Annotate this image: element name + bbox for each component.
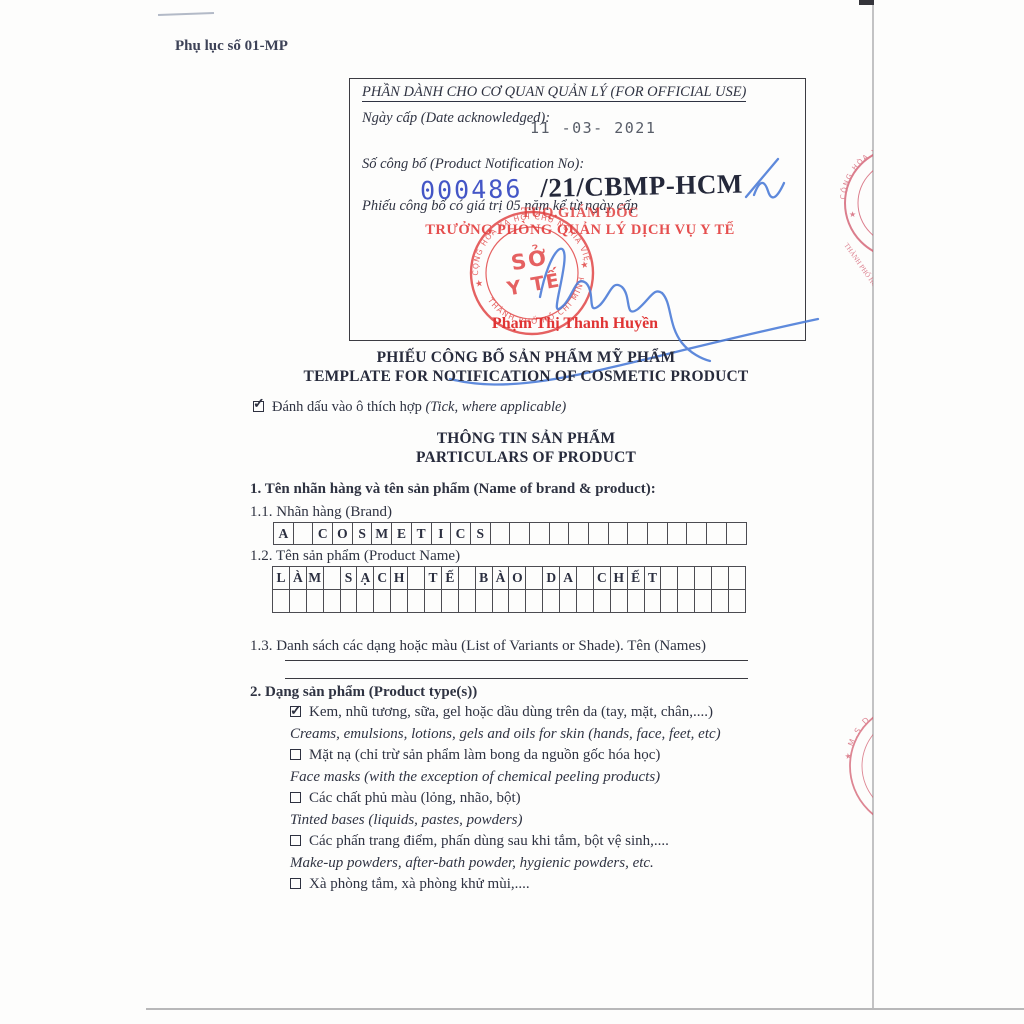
scanned-document-page: Phụ lục số 01-MP PHẦN DÀNH CHO CƠ QUAN Q…	[0, 0, 1024, 1024]
product-type-option: Mặt nạ (chỉ trừ sản phẩm làm bong da ngu…	[290, 745, 770, 767]
grid-cell	[492, 589, 510, 613]
variants-fill-line-2	[285, 678, 748, 679]
grid-cell	[711, 589, 729, 613]
grid-cell	[608, 522, 629, 545]
grid-cell	[576, 566, 594, 590]
grid-row: LÀMSẠCHTẾBÀODACHẾT	[273, 566, 746, 590]
grid-cell	[660, 566, 678, 590]
edge-stamp-top-right: CỘNG HÒA XÃ HỘI CHỦ NGHĨA VIỆT NAM ★ THÀ…	[822, 95, 873, 320]
grid-cell: À	[492, 566, 510, 590]
product-name-grid: LÀMSẠCHTẾBÀODACHẾT	[273, 566, 746, 613]
product-type-label-vi: Kem, nhũ tương, sữa, gel hoặc dầu dùng t…	[309, 704, 713, 720]
section-2-heading: 2. Dạng sản phẩm (Product type(s))	[250, 684, 477, 701]
product-type-option: Các chất phủ màu (lỏng, nhão, bột)	[290, 788, 770, 810]
edge-stamp-a-star: ★	[849, 210, 856, 219]
stamp-star-left: ★	[474, 278, 484, 289]
grid-cell: T	[424, 566, 442, 590]
grid-cell	[694, 589, 712, 613]
grid-cell: A	[559, 566, 577, 590]
grid-cell	[726, 522, 747, 545]
grid-cell: C	[373, 566, 391, 590]
grid-cell	[508, 589, 526, 613]
grid-cell	[549, 522, 570, 545]
grid-cell	[458, 589, 476, 613]
product-type-label-vi: Các chất phủ màu (lỏng, nhão, bột)	[309, 790, 521, 806]
product-type-label-vi: Các phấn trang điểm, phấn dùng sau khi t…	[309, 833, 669, 849]
grid-cell	[711, 566, 729, 590]
product-type-label-en: Creams, emulsions, lotions, gels and oil…	[290, 724, 770, 746]
product-info-title-en: PARTICULARS OF PRODUCT	[250, 449, 802, 467]
grid-cell	[407, 566, 425, 590]
grid-cell: H	[390, 566, 408, 590]
grid-cell: À	[289, 566, 307, 590]
grid-cell	[458, 566, 476, 590]
svg-text:CỘNG HÒA XÃ HỘI CHỦ NGHĨA VIỆT: CỘNG HÒA XÃ HỘI CHỦ NGHĨA VIỆT NAM	[822, 95, 873, 205]
product-type-label-vi: Mặt nạ (chỉ trừ sản phẩm làm bong da ngu…	[309, 747, 660, 763]
grid-cell	[706, 522, 727, 545]
scan-pen-dash	[158, 12, 214, 16]
grid-row: ACOSMETICS	[273, 522, 747, 545]
grid-cell: E	[391, 522, 412, 545]
grid-cell	[660, 589, 678, 613]
signature-tick	[746, 159, 778, 197]
official-use-box: PHẦN DÀNH CHO CƠ QUAN QUẢN LÝ (FOR OFFIC…	[349, 78, 806, 341]
grid-cell	[627, 522, 648, 545]
grid-cell: T	[644, 566, 662, 590]
product-type-label-en: Face masks (with the exception of chemic…	[290, 767, 770, 789]
page-edge-bottom-line	[146, 1008, 1024, 1010]
grid-cell	[677, 566, 695, 590]
form-title-vi: PHIẾU CÔNG BỐ SẢN PHẨM MỸ PHẨM	[250, 349, 802, 367]
section-1-2-heading: 1.2. Tên sản phẩm (Product Name)	[250, 548, 460, 565]
appendix-label: Phụ lục số 01-MP	[175, 38, 288, 55]
grid-cell	[667, 522, 688, 545]
grid-cell	[306, 589, 324, 613]
svg-text:★ M.S.D: ★ M.S.D	[843, 714, 872, 760]
grid-cell: S	[352, 522, 373, 545]
grid-cell	[686, 522, 707, 545]
checked-checkbox-icon	[290, 706, 301, 717]
grid-cell	[627, 589, 645, 613]
grid-cell	[525, 566, 543, 590]
grid-cell: B	[475, 566, 493, 590]
unchecked-checkbox-icon	[290, 792, 301, 803]
tick-instruction: Đánh dấu vào ô thích hợp (Tick, where ap…	[253, 399, 566, 416]
grid-cell	[424, 589, 442, 613]
grid-cell: C	[593, 566, 611, 590]
grid-cell	[677, 589, 695, 613]
grid-cell	[356, 589, 374, 613]
product-type-label-en: Tinted bases (liquids, pastes, powders)	[290, 810, 770, 832]
grid-cell: S	[340, 566, 358, 590]
grid-cell	[610, 589, 628, 613]
grid-cell	[576, 589, 594, 613]
product-type-option: Kem, nhũ tương, sữa, gel hoặc dầu dùng t…	[290, 702, 770, 724]
grid-cell	[593, 589, 611, 613]
grid-row	[273, 589, 746, 613]
grid-cell	[529, 522, 550, 545]
product-type-list: Kem, nhũ tương, sữa, gel hoặc dầu dùng t…	[290, 702, 770, 896]
grid-cell	[272, 589, 290, 613]
grid-cell: C	[312, 522, 333, 545]
grid-cell	[525, 589, 543, 613]
grid-cell	[559, 589, 577, 613]
grid-cell: Ế	[627, 566, 645, 590]
grid-cell	[340, 589, 358, 613]
grid-cell: A	[273, 522, 294, 545]
section-1-3-heading: 1.3. Danh sách các dạng hoặc màu (List o…	[250, 638, 706, 655]
notification-number-label: Số công bố (Product Notification No):	[362, 156, 584, 173]
grid-cell	[293, 522, 314, 545]
date-stamp: 11 -03- 2021	[530, 119, 656, 137]
date-acknowledged-label: Ngày cấp (Date acknowledged):	[362, 110, 550, 127]
section-1-1-heading: 1.1. Nhãn hàng (Brand)	[250, 504, 392, 521]
form-title-en: TEMPLATE FOR NOTIFICATION OF COSMETIC PR…	[250, 368, 802, 386]
grid-cell	[475, 589, 493, 613]
grid-cell	[644, 589, 662, 613]
grid-cell	[373, 589, 391, 613]
grid-cell: T	[411, 522, 432, 545]
section-1-heading: 1. Tên nhãn hàng và tên sản phẩm (Name o…	[250, 481, 656, 498]
unchecked-checkbox-icon	[290, 749, 301, 760]
grid-cell	[407, 589, 425, 613]
grid-cell	[323, 566, 341, 590]
grid-cell	[490, 522, 511, 545]
grid-cell: O	[508, 566, 526, 590]
official-use-title: PHẦN DÀNH CHO CƠ QUAN QUẢN LÝ (FOR OFFIC…	[362, 84, 746, 101]
grid-cell: L	[272, 566, 290, 590]
grid-cell: I	[431, 522, 452, 545]
edge-stamp-bottom-right: ★ M.S.D	[827, 688, 873, 848]
grid-cell	[647, 522, 668, 545]
checked-checkbox-icon	[253, 401, 264, 412]
grid-cell: M	[371, 522, 392, 545]
scan-corner-mark	[859, 0, 874, 5]
grid-cell	[323, 589, 341, 613]
grid-cell	[588, 522, 609, 545]
variants-fill-line-1	[285, 660, 748, 661]
grid-cell: S	[470, 522, 491, 545]
product-type-label-en: Make-up powders, after-bath powder, hygi…	[290, 853, 770, 875]
unchecked-checkbox-icon	[290, 835, 301, 846]
grid-cell: Ạ	[356, 566, 374, 590]
brand-name-grid: ACOSMETICS	[273, 522, 747, 545]
edge-stamp-b-arc-text: ★ M.S.D	[843, 714, 872, 760]
grid-cell: D	[542, 566, 560, 590]
grid-cell: M	[306, 566, 324, 590]
grid-cell	[289, 589, 307, 613]
grid-cell: C	[450, 522, 471, 545]
grid-cell	[694, 566, 712, 590]
product-type-label-vi: Xà phòng tắm, xà phòng khử mùi,....	[309, 876, 530, 892]
grid-cell	[390, 589, 408, 613]
stamp-center-line1: SỞ	[509, 242, 551, 275]
product-info-title-vi: THÔNG TIN SẢN PHẨM	[250, 430, 802, 448]
product-type-option: Các phấn trang điểm, phấn dùng sau khi t…	[290, 831, 770, 853]
grid-cell: H	[610, 566, 628, 590]
product-type-option: Xà phòng tắm, xà phòng khử mùi,....	[290, 874, 770, 896]
grid-cell	[509, 522, 530, 545]
grid-cell	[728, 589, 746, 613]
grid-cell: Ế	[441, 566, 459, 590]
edge-stamp-a-arc-text: CỘNG HÒA XÃ HỘI CHỦ NGHĨA VIỆT NAM	[822, 95, 873, 205]
stamp-star-right: ★	[580, 259, 590, 270]
grid-cell	[568, 522, 589, 545]
grid-cell: O	[332, 522, 353, 545]
unchecked-checkbox-icon	[290, 878, 301, 889]
grid-cell	[441, 589, 459, 613]
edge-stamp-a-arc-text2: THÀNH PHỐ HỒ CHÍ MINH	[842, 242, 873, 317]
grid-cell	[728, 566, 746, 590]
grid-cell	[542, 589, 560, 613]
signer-name: Phạm Thị Thanh Huyền	[350, 315, 800, 333]
